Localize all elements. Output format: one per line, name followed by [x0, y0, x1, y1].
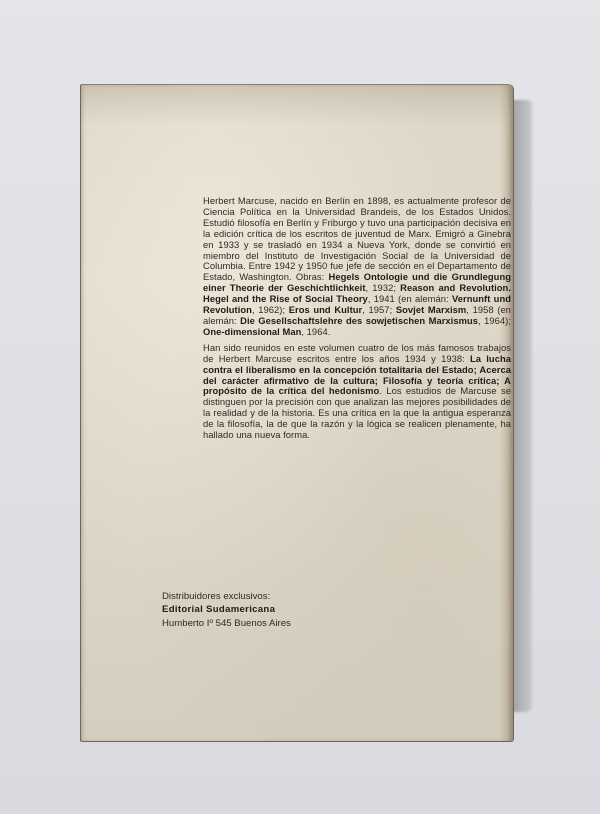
body-text: , 1962); [252, 304, 289, 315]
body-text: Herbert Marcuse, nacido en Berlín en 189… [203, 195, 511, 282]
cover-stain [81, 85, 513, 125]
distribution-info: Distribuidores exclusivos: Editorial Sud… [162, 590, 291, 630]
body-text: , 1957; [362, 304, 396, 315]
book-title-text: Die Gesellschaftslehre des sowjetischen … [240, 315, 478, 326]
book-title-text: Sovjet Marxism [396, 304, 466, 315]
publisher-address: Humberto Iº 545 Buenos Aires [162, 617, 291, 630]
book-title-text: One-dimensional Man [203, 326, 301, 337]
body-text: Han sido reunidos en este volumen cuatro… [203, 342, 511, 364]
contents-paragraph: Han sido reunidos en este volumen cuatro… [203, 343, 511, 441]
body-text: , 1964. [301, 326, 330, 337]
book-back-cover: Herbert Marcuse, nacido en Berlín en 189… [80, 84, 514, 742]
bio-paragraph: Herbert Marcuse, nacido en Berlín en 189… [203, 196, 511, 338]
blurb-text: Herbert Marcuse, nacido en Berlín en 189… [203, 196, 511, 446]
body-text: , 1964); [478, 315, 511, 326]
book-title-text: Eros und Kultur [289, 304, 363, 315]
distributor-label: Distribuidores exclusivos: [162, 590, 291, 603]
body-text: , 1941 (en alemán: [368, 293, 452, 304]
publisher-name: Editorial Sudamericana [162, 603, 291, 616]
body-text: , 1932; [366, 282, 401, 293]
